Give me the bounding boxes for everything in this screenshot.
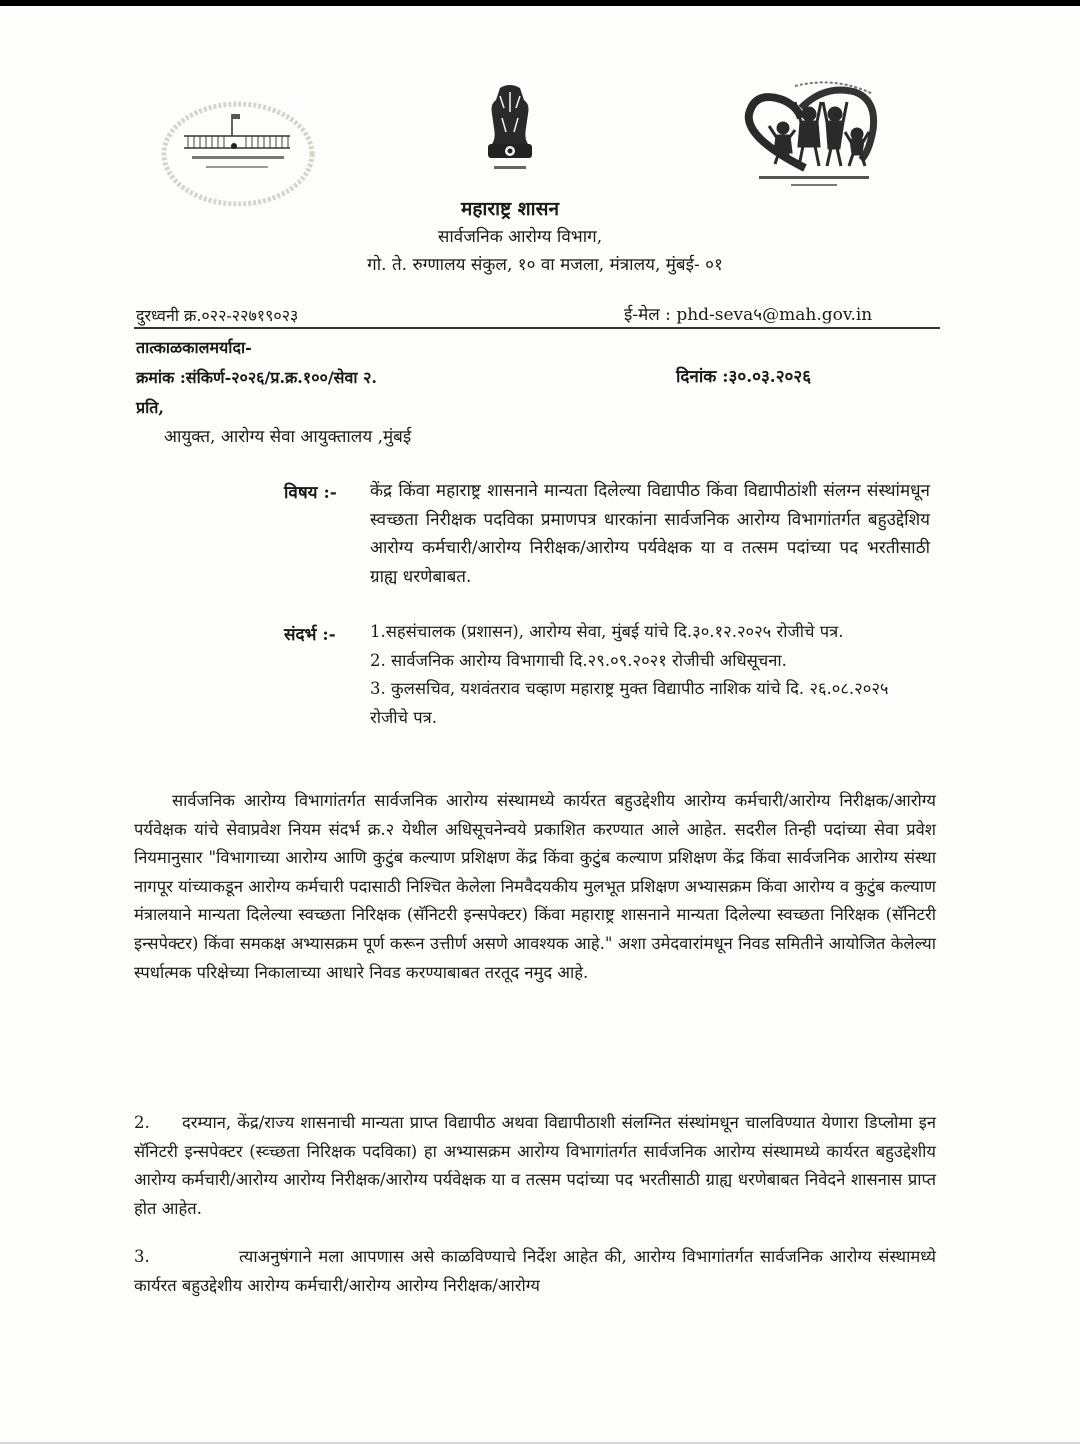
urgency-label: तात्काळकालमर्यादा- xyxy=(136,336,252,358)
office-address: गो. ते. रुग्णालय संकुल, १० वा मजला, मंत्… xyxy=(0,252,1080,275)
body-paragraph-2: 2.दरम्यान, केंद्र/राज्य शासनाची मान्यता … xyxy=(134,1109,936,1223)
references-label: संदर्भ :- xyxy=(284,622,336,645)
body-paragraph-3: 3.त्याअनुषंगाने मला आपणास असे काळविण्याच… xyxy=(134,1243,936,1300)
department-name: सार्वजनिक आरोग्य विभाग, xyxy=(0,224,1040,247)
reference-number: क्रमांक :संकिर्ण-२०२६/प्र.क्र.१००/सेवा २… xyxy=(136,366,377,388)
reference-item: 2. सार्वजनिक आरोग्य विभागाची दि.२९.०९.२०… xyxy=(370,647,930,676)
paragraph-number: 2. xyxy=(134,1109,182,1138)
paragraph-text: दरम्यान, केंद्र/राज्य शासनाची मान्यता प्… xyxy=(134,1113,936,1218)
reference-item: 3. कुलसचिव, यशवंतराव चव्हाण महाराष्ट्र म… xyxy=(370,675,930,732)
ashoka-emblem-icon xyxy=(470,82,550,178)
email-address[interactable]: ई-मेल : phd-seva५@mah.gov.in xyxy=(624,302,872,325)
subject-label: विषय :- xyxy=(284,480,337,503)
paragraph-text: त्याअनुषंगाने मला आपणास असे काळविण्याचे … xyxy=(134,1247,936,1295)
top-edge-bar xyxy=(0,0,1080,6)
recipient: आयुक्त, आरोग्य सेवा आयुक्तालय ,मुंबई xyxy=(164,424,411,447)
references-list: 1.सहसंचालक (प्रशासन), आरोग्य सेवा, मुंबई… xyxy=(370,618,930,732)
subject-text: केंद्र किंवा महाराष्ट्र शासनाने मान्यता … xyxy=(370,477,930,591)
paragraph-number: 3. xyxy=(134,1243,239,1272)
phone-number: दुरध्वनी क्र.०२२-२२७१९०२३ xyxy=(136,304,298,326)
government-name: महाराष्ट्र शासन xyxy=(0,195,1020,221)
to-label: प्रति, xyxy=(136,396,164,418)
body-paragraph-1: सार्वजनिक आरोग्य विभागांतर्गत सार्वजनिक … xyxy=(134,787,936,987)
header-divider xyxy=(134,327,940,329)
mantralaya-logo-icon xyxy=(150,96,330,206)
letter-date: दिनांक :३०.०३.२०२६ xyxy=(676,364,811,387)
reference-item: 1.सहसंचालक (प्रशासन), आरोग्य सेवा, मुंबई… xyxy=(370,618,930,647)
public-health-logo-icon xyxy=(735,78,895,193)
